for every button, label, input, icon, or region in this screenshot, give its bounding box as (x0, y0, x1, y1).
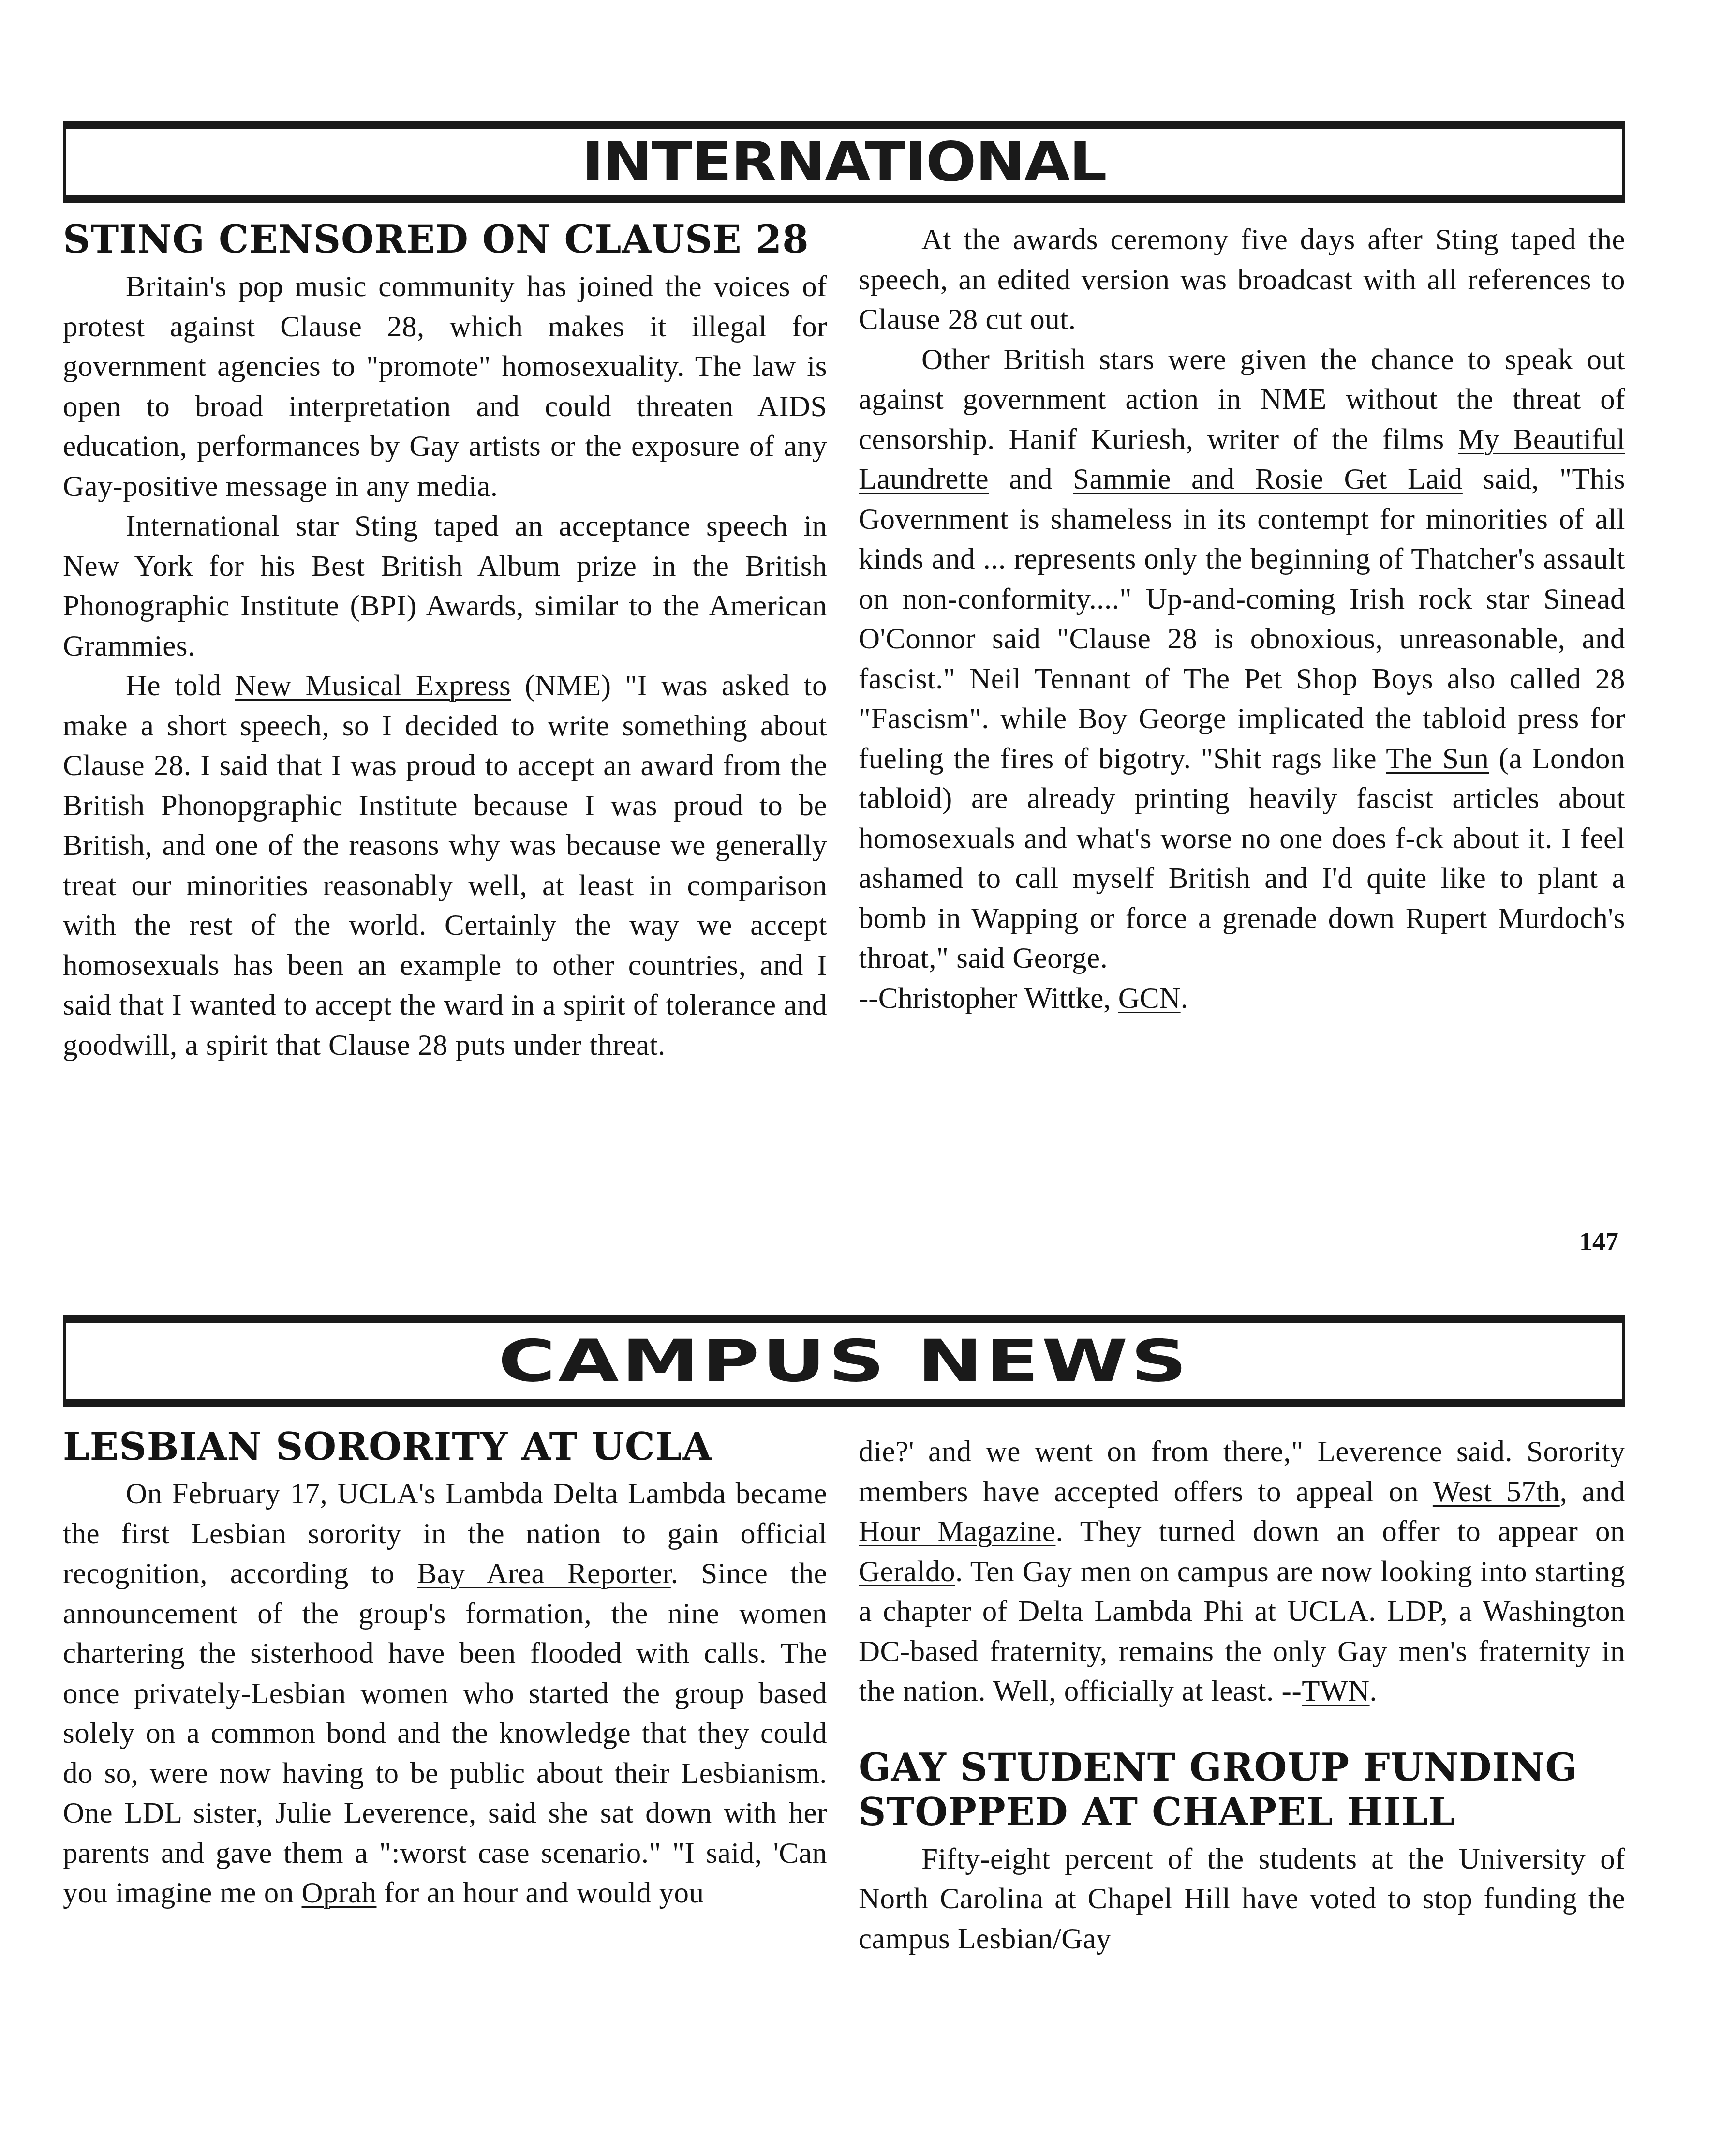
article-headline: LESBIAN SORORITY AT UCLA (63, 1425, 827, 1469)
tv-show-reference: Geraldo (859, 1556, 955, 1588)
article-paragraph: Fifty-eight percent of the students at t… (859, 1840, 1625, 1960)
tv-show-reference: West 57th (1433, 1476, 1560, 1508)
article-sting-right-column: At the awards ceremony five days after S… (859, 220, 1625, 1018)
section-title: INTERNATIONAL (582, 131, 1106, 194)
article-sting-left-column: STING CENSORED ON CLAUSE 28 Britain's po… (63, 218, 827, 1065)
article-credit: --Christopher Wittke, GCN. (859, 979, 1625, 1019)
publication-reference: Bay Area Reporter (417, 1557, 671, 1590)
publication-reference: The Sun (1386, 743, 1489, 775)
article-headline: STING CENSORED ON CLAUSE 28 (63, 218, 827, 262)
tv-show-reference: Hour Magazine (859, 1515, 1055, 1548)
article-paragraph: On February 17, UCLA's Lambda Delta Lamb… (63, 1474, 827, 1914)
article-paragraph: Britain's pop music community has joined… (63, 267, 827, 507)
source-reference: TWN (1302, 1675, 1369, 1707)
page-number: 147 (1579, 1227, 1618, 1257)
tv-show-reference: Oprah (302, 1877, 377, 1909)
article-paragraph: Other British stars were given the chanc… (859, 340, 1625, 979)
article-paragraph: At the awards ceremony five days after S… (859, 220, 1625, 340)
section-banner-international: INTERNATIONAL (63, 121, 1625, 203)
film-title-reference: Sammie and Rosie Get Laid (1073, 463, 1463, 495)
publication-reference: New Musical Express (235, 670, 511, 702)
section-title: CAMPUS NEWS (498, 1328, 1190, 1395)
article-headline: GAY STUDENT GROUP FUNDING STOPPED AT CHA… (859, 1746, 1625, 1835)
article-paragraph: He told New Musical Express (NME) "I was… (63, 666, 827, 1065)
source-reference: GCN (1118, 982, 1181, 1015)
article-ucla-left-column: LESBIAN SORORITY AT UCLA On February 17,… (63, 1425, 827, 1914)
article-ucla-right-column: die?' and we went on from there," Levere… (859, 1432, 1625, 1959)
article-paragraph: International star Sting taped an accept… (63, 507, 827, 666)
section-banner-campus-news: CAMPUS NEWS (63, 1315, 1625, 1407)
article-paragraph: die?' and we went on from there," Levere… (859, 1432, 1625, 1712)
